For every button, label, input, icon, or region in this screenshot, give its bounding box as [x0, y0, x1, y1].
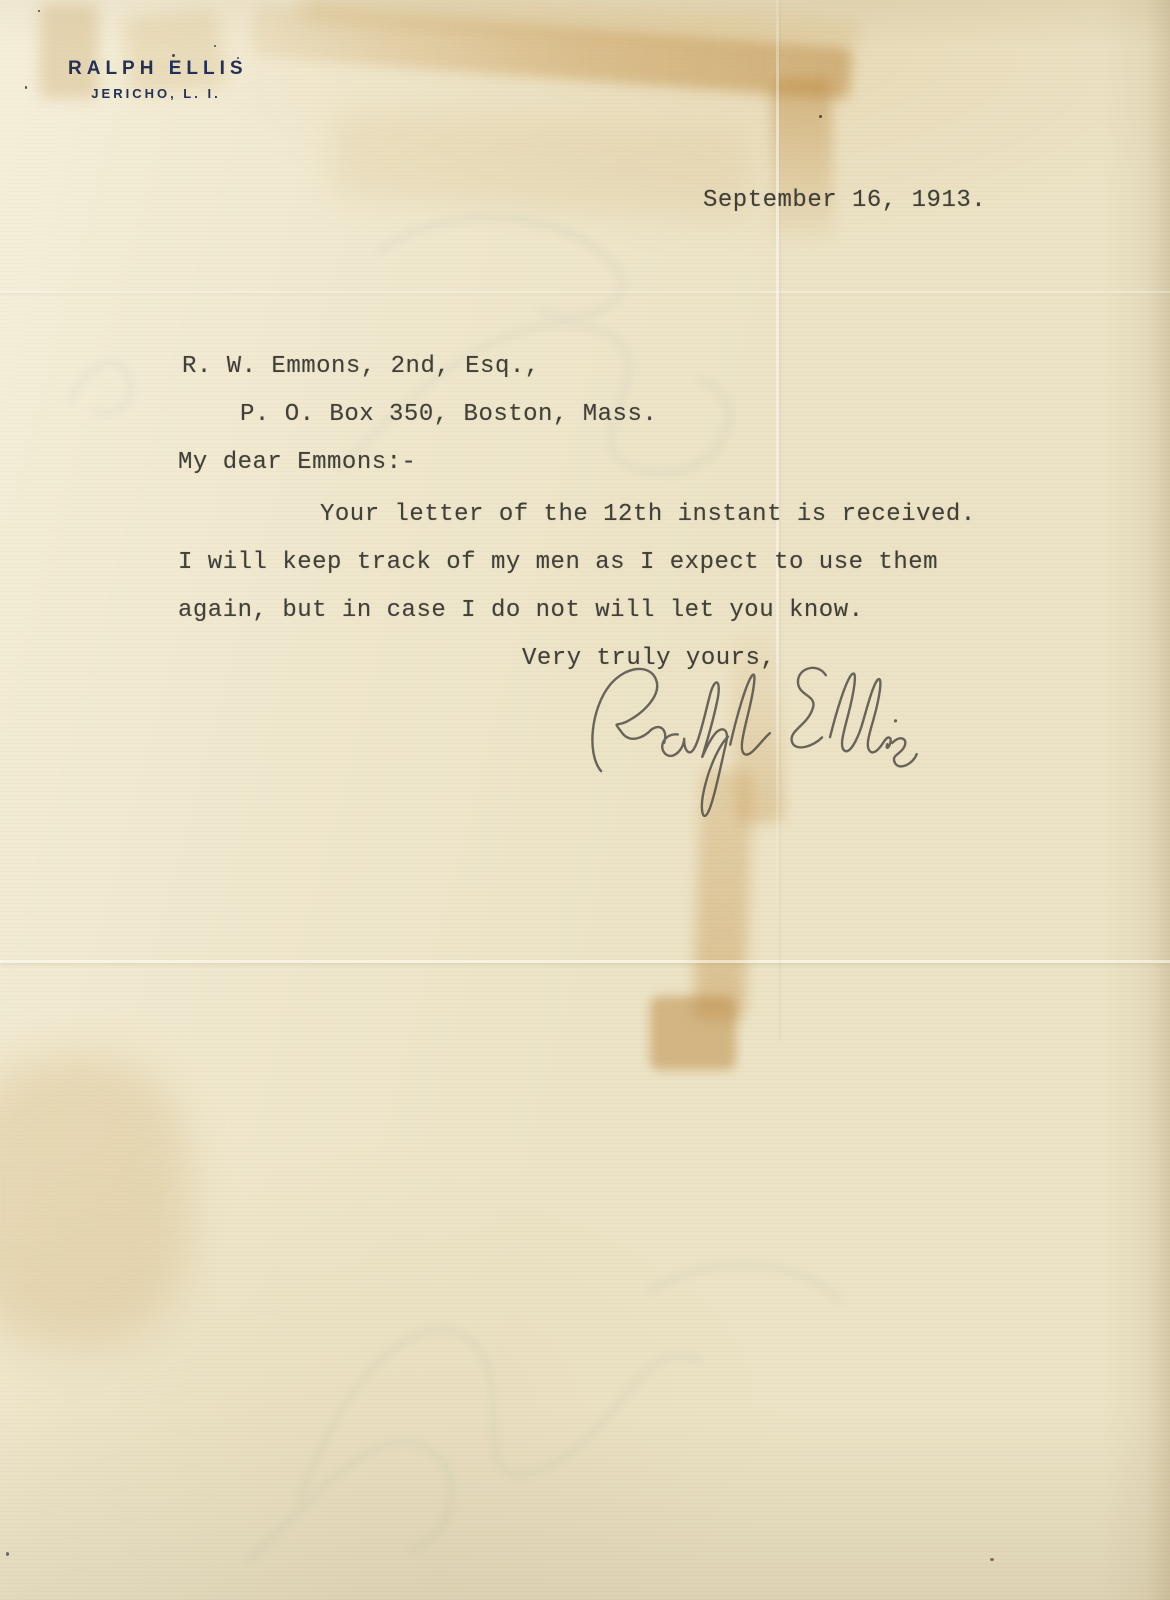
recipient-line-2: P. O. Box 350, Boston, Mass. [240, 400, 657, 430]
stain-left-bottom [0, 1055, 190, 1345]
letterhead-name: RALPH ELLIS [68, 58, 244, 80]
letter-page: RALPH ELLIS JERICHO, L. I. September 16,… [0, 0, 1170, 1600]
ink-speck [38, 10, 40, 12]
signature-ink-strokes [575, 642, 921, 834]
tape-stain-middle-blob [650, 996, 736, 1070]
fold-crease-horizontal-upper [0, 291, 1170, 293]
fold-crease-horizontal-lower [0, 960, 1170, 963]
letterhead-location: JERICHO, L. I. [68, 86, 244, 101]
date-line: September 16, 1913. [703, 186, 986, 216]
tape-stain-top-vertical [772, 77, 835, 248]
letterhead: RALPH ELLIS JERICHO, L. I. [68, 58, 244, 101]
recipient-line-1: R. W. Emmons, 2nd, Esq., [182, 352, 540, 382]
salutation: My dear Emmons:- [178, 448, 416, 478]
stain-upper-middle [328, 109, 752, 221]
ink-speck [819, 115, 822, 118]
tape-stain-top-echo [300, 0, 861, 49]
tape-stain-top-diagonal [251, 4, 853, 100]
edge-mark [6, 1552, 9, 1556]
ink-speck [25, 86, 27, 89]
signature-ralph-ellis: Ralph Ellis [575, 642, 921, 834]
foxing-fleck [990, 1558, 994, 1561]
body-line-3: again, but in case I do not will let you… [178, 596, 864, 626]
ink-speck [214, 45, 216, 47]
body-line-1: Your letter of the 12th instant is recei… [320, 500, 976, 530]
ink-speck [172, 54, 175, 57]
body-line-2: I will keep track of my men as I expect … [178, 548, 938, 578]
